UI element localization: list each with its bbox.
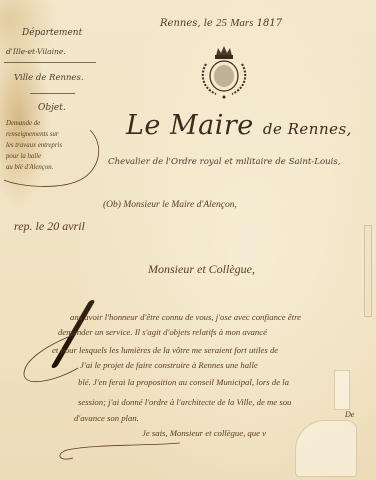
body-line: Je sais, Monsieur et collègue, que v — [142, 428, 266, 438]
title-suffix: de Rennes, — [263, 120, 352, 138]
body-line: demander un service. Il s'agit d'objets … — [58, 327, 267, 337]
margin-note: rep. le 20 avril — [14, 219, 85, 234]
paper-fold-edge — [364, 225, 372, 317]
objet-bracket-flourish — [0, 125, 110, 195]
department-label: Département — [22, 28, 82, 38]
dateline: Rennes, le 25 Mars 1817 — [160, 17, 282, 29]
recipient-line: (Ob) Monsieur le Maire d'Alençon, — [103, 200, 237, 210]
dateline-day: 25 — [216, 17, 227, 29]
body-line: d'avance son plan. — [74, 413, 139, 423]
letter-title: Le Maire de Rennes, — [126, 110, 352, 141]
side-fragment: De — [345, 410, 354, 419]
body-line: J'ai le projet de faire construire à Ren… — [80, 360, 258, 370]
closing-flourish — [55, 440, 185, 465]
dateline-year: 1817 — [257, 18, 282, 29]
body-line: blé. J'en ferai la proposition au consei… — [78, 377, 289, 387]
objet-label: Objet. — [38, 103, 66, 113]
dateline-month: Mars — [230, 17, 253, 29]
title-main: Le Maire — [126, 110, 254, 141]
paper-background — [0, 0, 376, 480]
royal-crest-icon — [198, 40, 250, 102]
subtitle: Chevalier de l'Ordre royal et militaire … — [108, 157, 341, 167]
paper-repair-patch — [295, 420, 357, 477]
dateline-city: Rennes, le — [160, 18, 213, 29]
salutation: Monsieur et Collègue, — [148, 262, 255, 277]
body-line: session; j'ai donné l'ordre à l'architec… — [78, 397, 291, 407]
department-name: d'Ille-et-Vilaine. — [6, 47, 66, 56]
ville-label: Ville de Rennes. — [14, 73, 84, 83]
divider — [4, 62, 96, 63]
paper-repair-patch — [334, 370, 350, 410]
divider — [30, 93, 75, 94]
body-line: ans avoir l'honneur d'être connu de vous… — [70, 312, 301, 322]
body-line: et pour lesquels les lumières de la vôtr… — [52, 345, 278, 355]
